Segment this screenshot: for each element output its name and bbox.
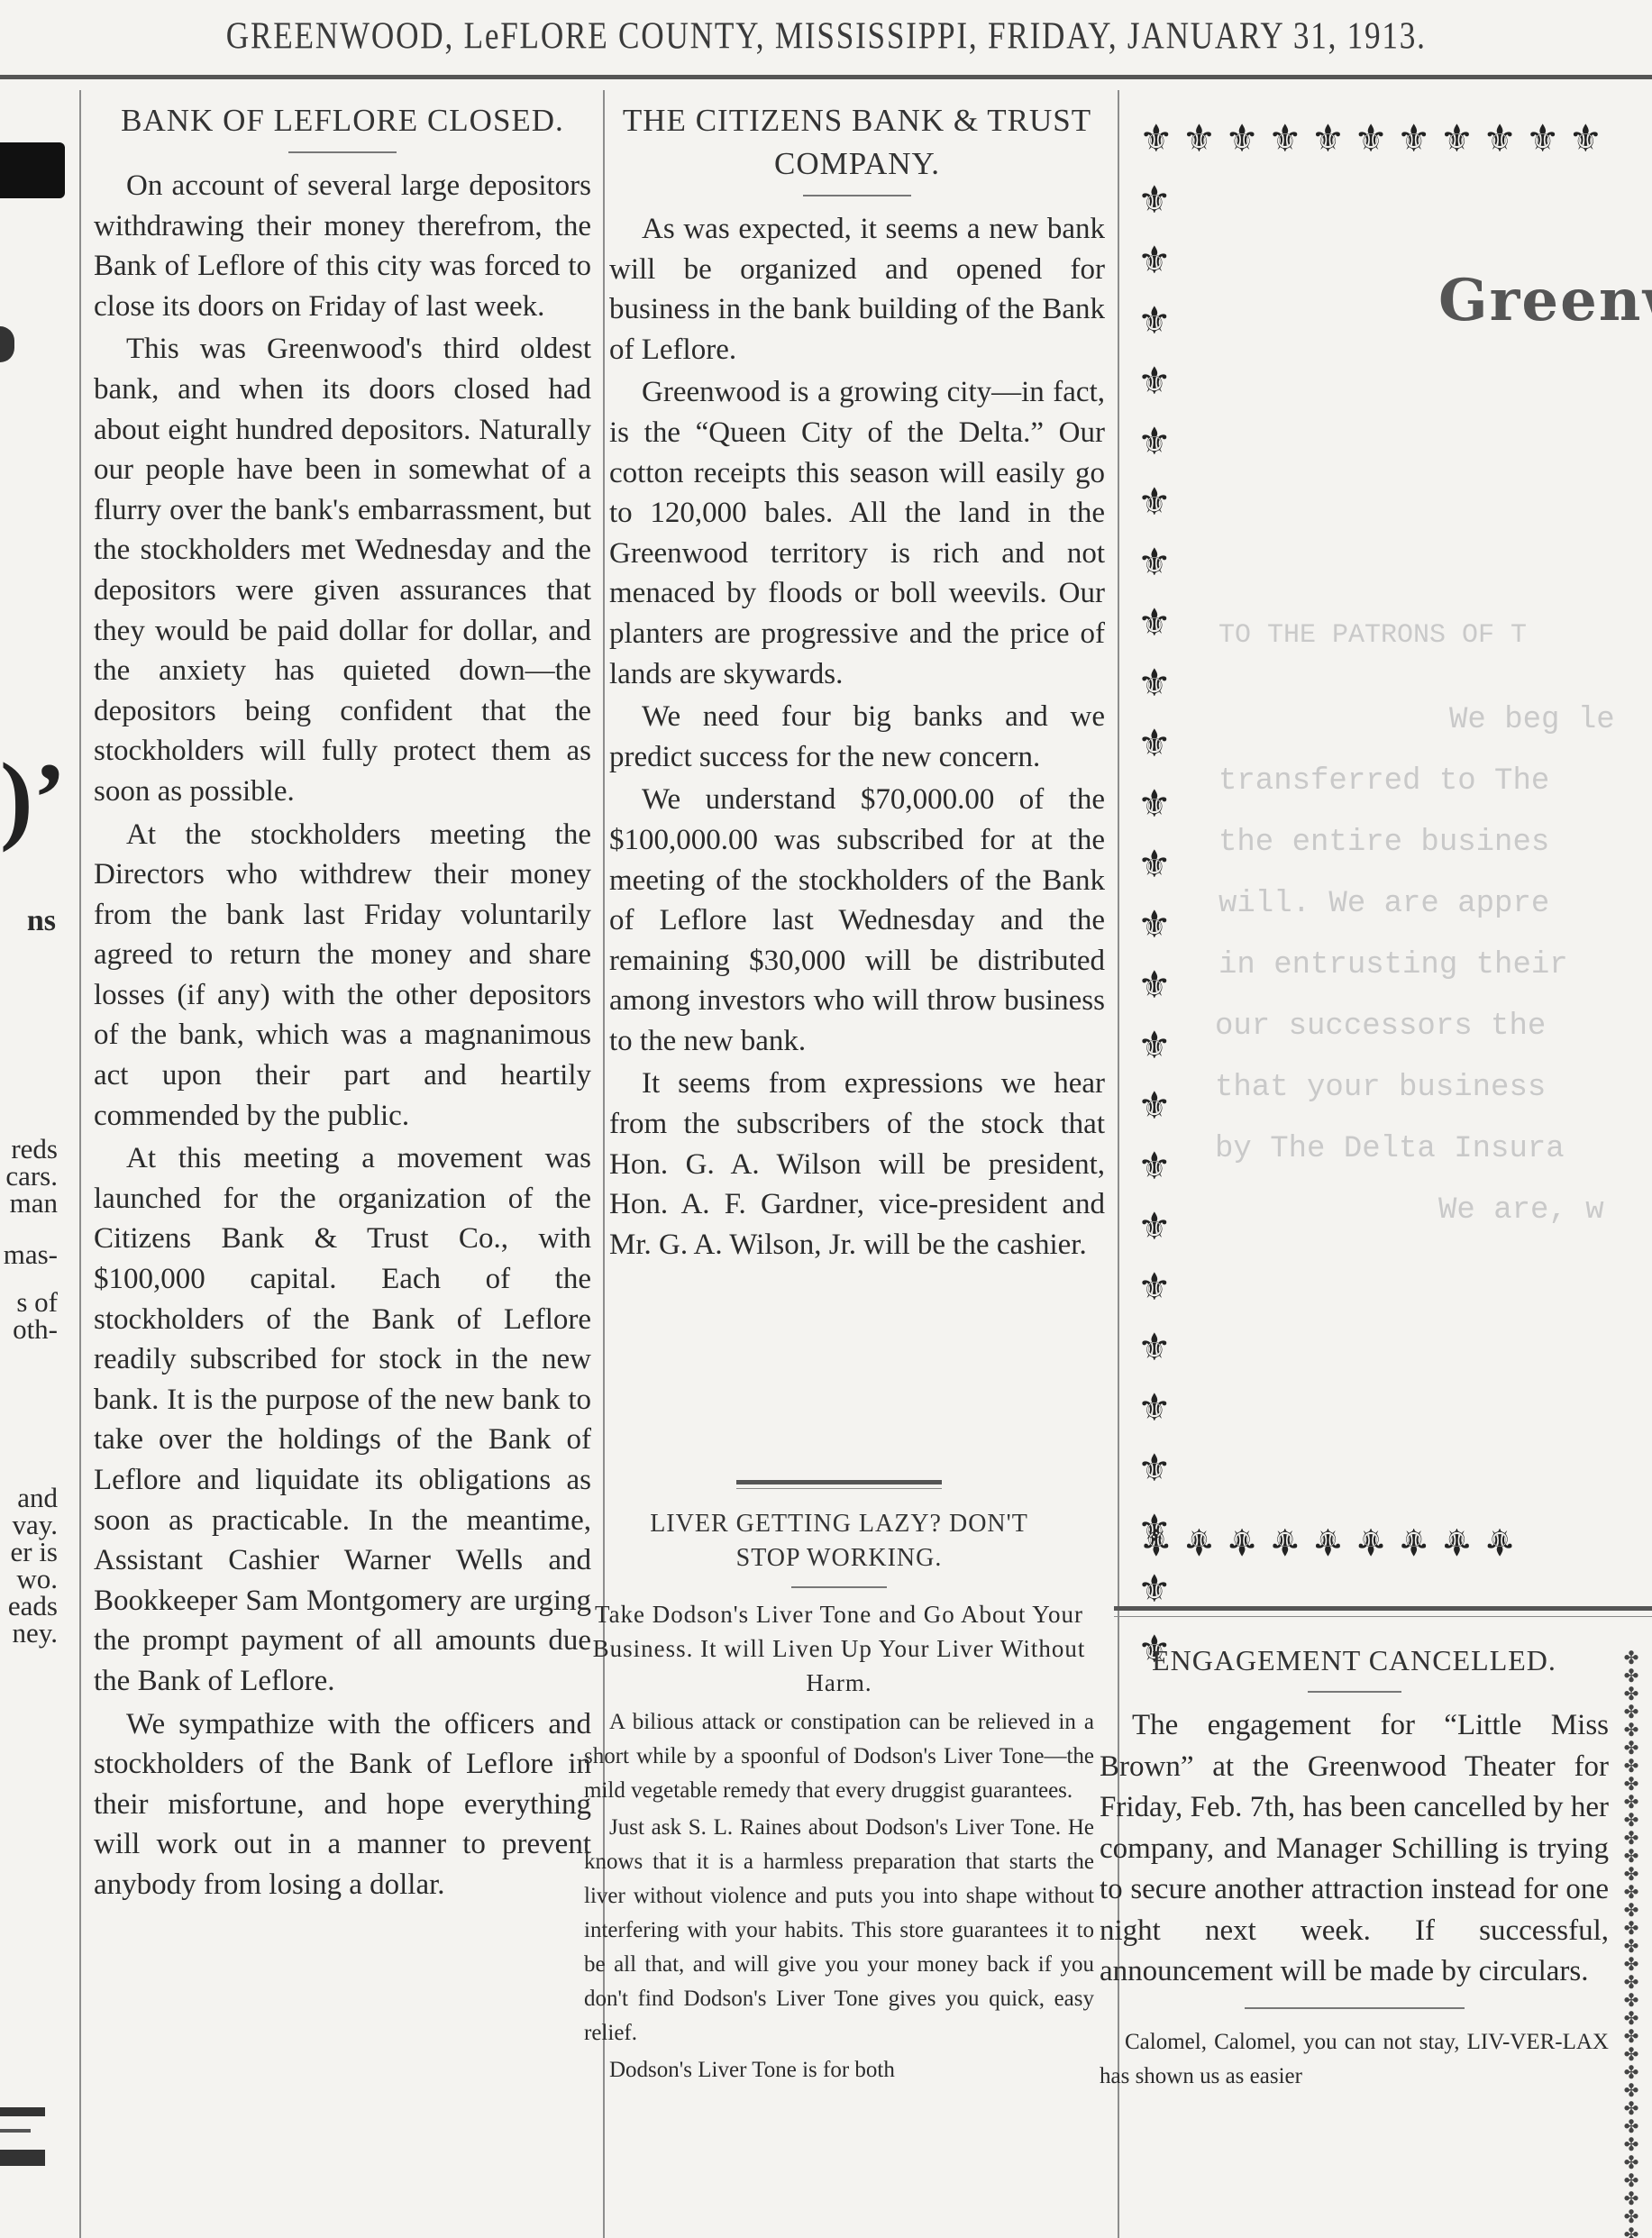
article-headline: BANK OF LEFLORE CLOSED. bbox=[94, 99, 591, 142]
article-paragraph: At this meeting a movement was launched … bbox=[94, 1138, 591, 1701]
notice-line: the entire busines bbox=[1218, 826, 1549, 860]
article-engagement-cancelled: ENGAGEMENT CANCELLED. The engagement for… bbox=[1100, 1639, 1609, 2094]
article-bank-closed: BANK OF LEFLORE CLOSED. On account of se… bbox=[94, 99, 591, 1905]
section-rule bbox=[736, 1480, 942, 1484]
article-headline: THE CITIZENS BANK & TRUST COMPANY. bbox=[609, 99, 1105, 186]
ornamental-border-right: ✤✤✤✤✤✤✤✤✤✤✤✤✤✤✤✤✤✤✤✤✤✤✤✤✤✤✤✤✤✤✤✤✤ bbox=[1618, 1649, 1645, 2238]
notice-line: that your business bbox=[1215, 1071, 1546, 1105]
partial-rule bbox=[0, 2129, 31, 2133]
ad-subhead: Take Dodson's Liver Tone and Go About Yo… bbox=[584, 1597, 1094, 1700]
edge-fragment: mas- bbox=[0, 1235, 58, 1274]
article-paragraph: We need four big banks and we predict su… bbox=[609, 697, 1105, 777]
partial-rule bbox=[0, 2107, 45, 2116]
article-paragraph: We understand $70,000.00 of the $100,000… bbox=[609, 780, 1105, 1061]
article-paragraph: It seems from expressions we hear from t… bbox=[609, 1064, 1105, 1265]
headline-rule bbox=[1308, 1691, 1401, 1693]
ad-paragraph: Just ask S. L. Raines about Dodson's Liv… bbox=[584, 1811, 1094, 2051]
edge-fragment: man bbox=[0, 1183, 58, 1223]
article-headline: ENGAGEMENT CANCELLED. bbox=[1100, 1639, 1609, 1682]
fleur-de-lis-border-bottom: ⚜⚜⚜⚜⚜⚜⚜⚜⚜ bbox=[1139, 1521, 1526, 1559]
edge-fragment: ney. bbox=[0, 1613, 58, 1653]
ad-liver-tone: LIVER GETTING LAZY? DON'T STOP WORKING. … bbox=[584, 1480, 1094, 2087]
ad-paragraph: Dodson's Liver Tone is for both bbox=[584, 2053, 1094, 2087]
headline-rule bbox=[791, 1586, 887, 1588]
large-partial-glyph: )’ bbox=[0, 748, 66, 847]
headline-rule bbox=[803, 195, 911, 196]
black-bar-ornament bbox=[0, 142, 65, 198]
notice-title: Greenw bbox=[1438, 267, 1652, 334]
notice-line: TO THE PATRONS OF T bbox=[1218, 620, 1527, 651]
fleur-de-lis-border-left: ⚜⚜⚜⚜⚜⚜⚜⚜⚜⚜⚜⚜⚜⚜⚜⚜⚜⚜⚜⚜⚜⚜⚜⚜⚜ bbox=[1137, 171, 1173, 1681]
article-paragraph: We sympathize with the officers and stoc… bbox=[94, 1704, 591, 1905]
column-rule bbox=[79, 90, 81, 2238]
notice-line: transferred to The bbox=[1218, 764, 1549, 799]
article-paragraph: The engagement for “Little Miss Brown” a… bbox=[1100, 1705, 1609, 1993]
notice-line: We beg le bbox=[1449, 703, 1615, 737]
notice-line: by The Delta Insura bbox=[1215, 1132, 1565, 1166]
article-citizens-bank: THE CITIZENS BANK & TRUST COMPANY. As wa… bbox=[609, 99, 1105, 1265]
partial-rule bbox=[0, 2150, 45, 2166]
section-rule bbox=[1245, 2007, 1465, 2009]
notice-line: our successors the bbox=[1215, 1009, 1546, 1044]
notice-line: will. We are appre bbox=[1218, 887, 1549, 921]
edge-fragment: ns bbox=[0, 901, 56, 941]
article-paragraph: At the stockholders meeting the Director… bbox=[94, 815, 591, 1137]
article-paragraph: This was Greenwood's third oldest bank, … bbox=[94, 329, 591, 811]
notice-line: in entrusting their bbox=[1218, 948, 1568, 982]
article-paragraph: Greenwood is a growing city—in fact, is … bbox=[609, 372, 1105, 694]
ad-headline: LIVER GETTING LAZY? DON'T STOP WORKING. bbox=[584, 1507, 1094, 1576]
article-paragraph: On account of several large depositors w… bbox=[94, 166, 591, 326]
article-paragraph: As was expected, it seems a new bank wil… bbox=[609, 209, 1105, 370]
section-rule bbox=[736, 1488, 942, 1489]
partial-glyph bbox=[0, 326, 14, 362]
notice-line: We are, w bbox=[1438, 1193, 1604, 1228]
ad-paragraph: Calomel, Calomel, you can not stay, LIV-… bbox=[1100, 2025, 1609, 2094]
headline-rule bbox=[288, 151, 397, 153]
masthead-rule bbox=[0, 75, 1652, 79]
masthead: GREENWOOD, LeFLORE COUNTY, MISSISSIPPI, … bbox=[0, 0, 1652, 79]
edge-fragment: oth- bbox=[0, 1310, 58, 1349]
ad-paragraph: A bilious attack or constipation can be … bbox=[584, 1705, 1094, 1808]
fleur-de-lis-border-top: ⚜⚜⚜⚜⚜⚜⚜⚜⚜⚜⚜ bbox=[1139, 121, 1611, 159]
